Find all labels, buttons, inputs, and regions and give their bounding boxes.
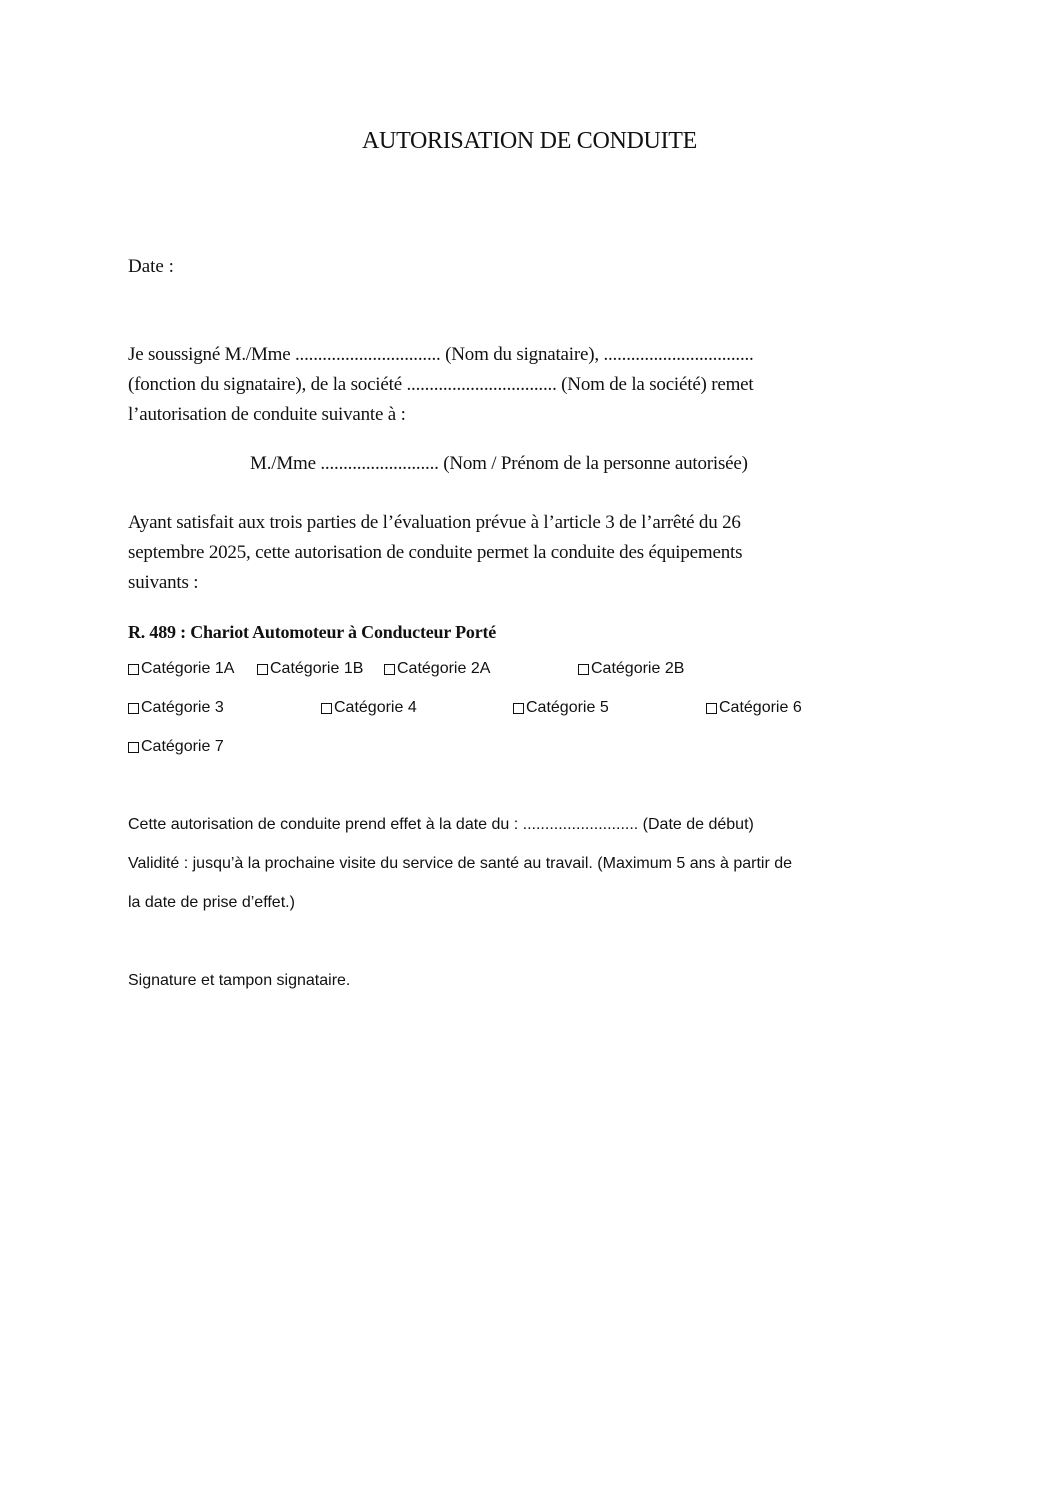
category-label: Catégorie 5	[526, 699, 609, 717]
category-label: Catégorie 1B	[270, 660, 363, 678]
evaluation-line-1: Ayant satisfait aux trois parties de l’é…	[128, 508, 928, 538]
checkbox-icon[interactable]	[706, 703, 717, 714]
signatory-line-1: Je soussigné M./Mme ....................…	[128, 340, 918, 370]
validity-line-1: Validité : jusqu’à la prochaine visite d…	[128, 855, 792, 873]
signature-line: Signature et tampon signataire.	[128, 972, 350, 990]
checkbox-icon[interactable]	[321, 703, 332, 714]
category-2b[interactable]: Catégorie 2B	[578, 660, 684, 678]
category-label: Catégorie 6	[719, 699, 802, 717]
checkbox-icon[interactable]	[578, 664, 589, 675]
category-4[interactable]: Catégorie 4	[321, 699, 417, 717]
category-7[interactable]: Catégorie 7	[128, 738, 224, 756]
signatory-line-3: l’autorisation de conduite suivante à :	[128, 400, 918, 430]
effective-date-line: Cette autorisation de conduite prend eff…	[128, 816, 754, 834]
checkbox-icon[interactable]	[513, 703, 524, 714]
authorized-person-line: M./Mme .......................... (Nom /…	[250, 453, 748, 475]
document-title: AUTORISATION DE CONDUITE	[0, 128, 1059, 155]
signatory-paragraph: Je soussigné M./Mme ....................…	[128, 340, 918, 430]
category-label: Catégorie 2B	[591, 660, 684, 678]
category-2a[interactable]: Catégorie 2A	[384, 660, 490, 678]
evaluation-line-2: septembre 2025, cette autorisation de co…	[128, 538, 928, 568]
category-1a[interactable]: Catégorie 1A	[128, 660, 234, 678]
category-1b[interactable]: Catégorie 1B	[257, 660, 363, 678]
category-label: Catégorie 4	[334, 699, 417, 717]
evaluation-line-3: suivants :	[128, 568, 928, 598]
category-label: Catégorie 1A	[141, 660, 234, 678]
checkbox-icon[interactable]	[128, 664, 139, 675]
category-6[interactable]: Catégorie 6	[706, 699, 802, 717]
checkbox-icon[interactable]	[384, 664, 395, 675]
date-label: Date :	[128, 256, 174, 278]
category-label: Catégorie 2A	[397, 660, 490, 678]
checkbox-icon[interactable]	[128, 742, 139, 753]
category-5[interactable]: Catégorie 5	[513, 699, 609, 717]
document-page: AUTORISATION DE CONDUITE Date : Je souss…	[0, 0, 1059, 1496]
validity-line-2: la date de prise d’effet.)	[128, 894, 295, 912]
checkbox-icon[interactable]	[257, 664, 268, 675]
equipment-section-title: R. 489 : Chariot Automoteur à Conducteur…	[128, 622, 496, 643]
category-label: Catégorie 3	[141, 699, 224, 717]
evaluation-paragraph: Ayant satisfait aux trois parties de l’é…	[128, 508, 928, 598]
category-3[interactable]: Catégorie 3	[128, 699, 224, 717]
category-label: Catégorie 7	[141, 738, 224, 756]
checkbox-icon[interactable]	[128, 703, 139, 714]
signatory-line-2: (fonction du signataire), de la société …	[128, 370, 918, 400]
